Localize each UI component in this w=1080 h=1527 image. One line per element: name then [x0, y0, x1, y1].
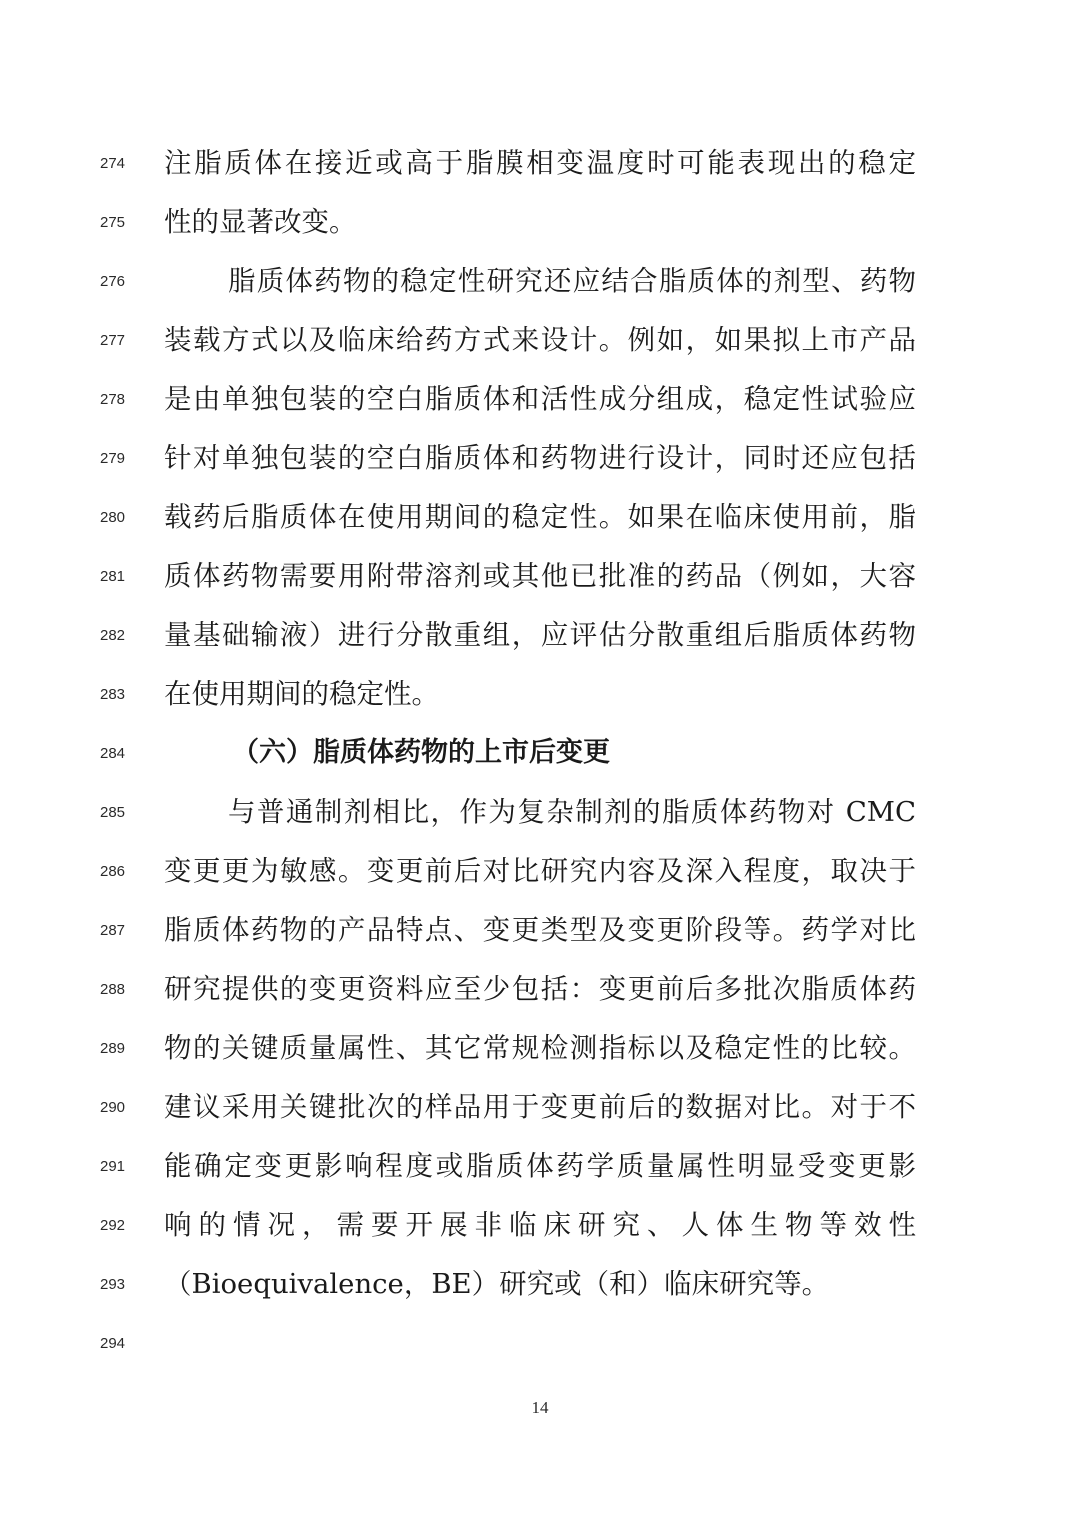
line-number: 290	[100, 1099, 140, 1116]
line-text: 载药后脂质体在使用期间的稳定性。如果在临床使用前，脂	[164, 497, 916, 537]
line-text: 建议采用关键批次的样品用于变更前后的数据对比。对于不	[164, 1087, 916, 1127]
document-page: 274 注脂质体在接近或高于脂膜相变温度时可能表现出的稳定 275 性的显著改变…	[0, 0, 1080, 1527]
document-line: 288 研究提供的变更资料应至少包括：变更前后多批次脂质体药	[0, 969, 1080, 1009]
document-line: 293 （Bioequivalence，BE）研究或（和）临床研究等。	[0, 1264, 1080, 1304]
document-line: 281 质体药物需要用附带溶剂或其他已批准的药品（例如，大容	[0, 556, 1080, 596]
line-text: 能确定变更影响程度或脂质体药学质量属性明显受变更影	[164, 1146, 916, 1186]
document-line: 283 在使用期间的稳定性。	[0, 674, 1080, 714]
line-number: 288	[100, 981, 140, 998]
line-number: 282	[100, 627, 140, 644]
line-number: 276	[100, 273, 140, 290]
document-line: 294	[0, 1323, 1080, 1363]
line-number: 277	[100, 332, 140, 349]
document-line: 280 载药后脂质体在使用期间的稳定性。如果在临床使用前，脂	[0, 497, 1080, 537]
line-number: 274	[100, 155, 140, 172]
document-line: 291 能确定变更影响程度或脂质体药学质量属性明显受变更影	[0, 1146, 1080, 1186]
line-number: 281	[100, 568, 140, 585]
document-line: 282 量基础输液）进行分散重组，应评估分散重组后脂质体药物	[0, 615, 1080, 655]
document-line: 279 针对单独包装的空白脂质体和药物进行设计，同时还应包括	[0, 438, 1080, 478]
line-number: 283	[100, 686, 140, 703]
document-line: 285 与普通制剂相比，作为复杂制剂的脂质体药物对 CMC	[0, 792, 1080, 832]
line-text: 在使用期间的稳定性。	[164, 674, 916, 714]
line-number: 280	[100, 509, 140, 526]
paragraph-start-text: 与普通制剂相比，作为复杂制剂的脂质体药物对 CMC	[228, 792, 916, 832]
line-text: 变更更为敏感。变更前后对比研究内容及深入程度，取决于	[164, 851, 916, 891]
line-number: 286	[100, 863, 140, 880]
line-number: 287	[100, 922, 140, 939]
document-line: 290 建议采用关键批次的样品用于变更前后的数据对比。对于不	[0, 1087, 1080, 1127]
document-line: 287 脂质体药物的产品特点、变更类型及变更阶段等。药学对比	[0, 910, 1080, 950]
section-heading: （六）脂质体药物的上市后变更	[232, 733, 832, 773]
line-number: 291	[100, 1158, 140, 1175]
line-number: 294	[100, 1335, 140, 1352]
document-line: 277 装载方式以及临床给药方式来设计。例如，如果拟上市产品	[0, 320, 1080, 360]
document-line: 274 注脂质体在接近或高于脂膜相变温度时可能表现出的稳定	[0, 143, 1080, 183]
line-text: 研究提供的变更资料应至少包括：变更前后多批次脂质体药	[164, 969, 916, 1009]
document-line: 284 （六）脂质体药物的上市后变更	[0, 733, 1080, 773]
document-line: 278 是由单独包装的空白脂质体和活性成分组成，稳定性试验应	[0, 379, 1080, 419]
line-text: 性的显著改变。	[164, 202, 916, 242]
paragraph-start-text: 脂质体药物的稳定性研究还应结合脂质体的剂型、药物	[228, 261, 916, 301]
line-number: 275	[100, 214, 140, 231]
line-text: 装载方式以及临床给药方式来设计。例如，如果拟上市产品	[164, 320, 916, 360]
line-number: 278	[100, 391, 140, 408]
document-line: 276 脂质体药物的稳定性研究还应结合脂质体的剂型、药物	[0, 261, 1080, 301]
line-text: 响的情况，需要开展非临床研究、人体生物等效性	[164, 1205, 916, 1245]
document-line: 286 变更更为敏感。变更前后对比研究内容及深入程度，取决于	[0, 851, 1080, 891]
line-text: 物的关键质量属性、其它常规检测指标以及稳定性的比较。	[164, 1028, 916, 1068]
line-number: 292	[100, 1217, 140, 1234]
line-number: 289	[100, 1040, 140, 1057]
document-line: 289 物的关键质量属性、其它常规检测指标以及稳定性的比较。	[0, 1028, 1080, 1068]
document-line: 292 响的情况，需要开展非临床研究、人体生物等效性	[0, 1205, 1080, 1245]
line-number: 285	[100, 804, 140, 821]
document-line: 275 性的显著改变。	[0, 202, 1080, 242]
line-text: 是由单独包装的空白脂质体和活性成分组成，稳定性试验应	[164, 379, 916, 419]
line-number: 293	[100, 1276, 140, 1293]
line-text: 针对单独包装的空白脂质体和药物进行设计，同时还应包括	[164, 438, 916, 478]
line-number: 284	[100, 745, 140, 762]
line-text: （Bioequivalence，BE）研究或（和）临床研究等。	[164, 1264, 916, 1304]
line-number: 279	[100, 450, 140, 467]
page-number: 14	[0, 1398, 1080, 1418]
line-text: 质体药物需要用附带溶剂或其他已批准的药品（例如，大容	[164, 556, 916, 596]
line-text: 量基础输液）进行分散重组，应评估分散重组后脂质体药物	[164, 615, 916, 655]
line-text: 注脂质体在接近或高于脂膜相变温度时可能表现出的稳定	[164, 143, 916, 183]
line-text: 脂质体药物的产品特点、变更类型及变更阶段等。药学对比	[164, 910, 916, 950]
